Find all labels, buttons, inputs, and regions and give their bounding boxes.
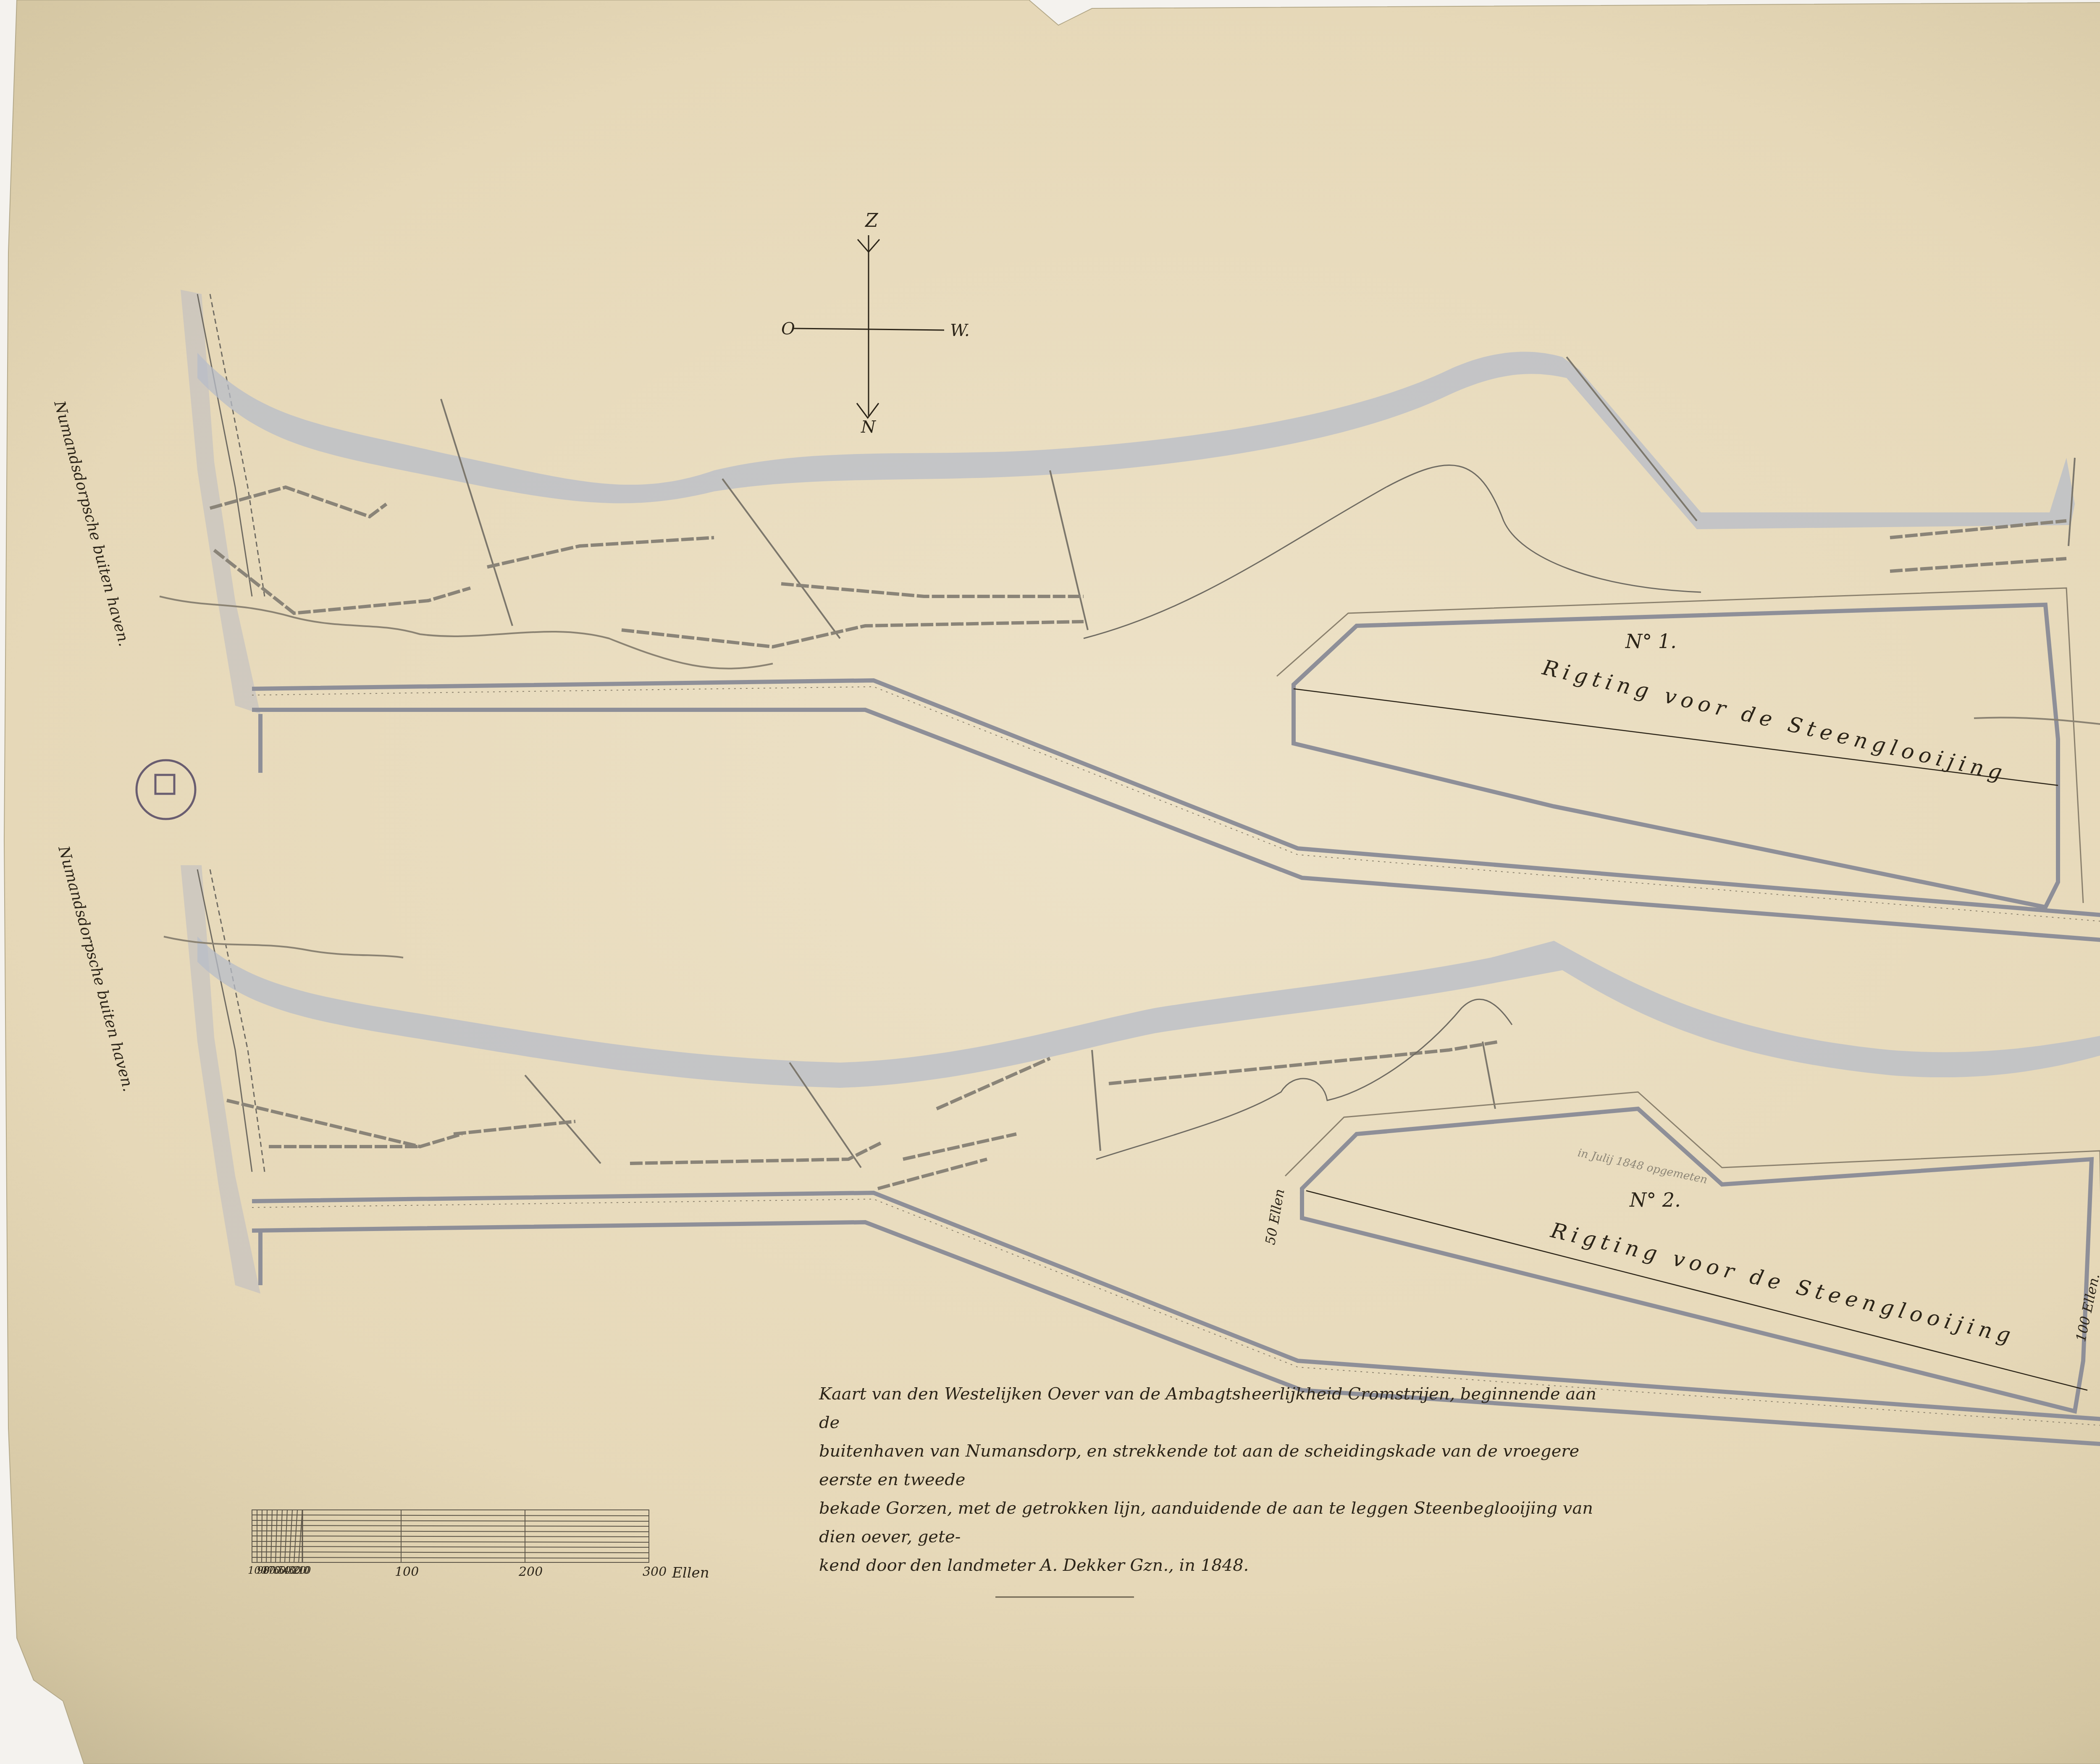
upper-plot-label: N° 1. [1625,630,1677,653]
map-title: Kaart van den Westelijken Oever van de A… [819,1380,1617,1599]
title-line: kend door den landmeter A. Dekker Gzn., … [819,1551,1617,1580]
svg-text:N: N [861,417,877,437]
title-underline [995,1596,1134,1599]
title-line: bekade Gorzen, met de getrokken lijn, aa… [819,1494,1617,1551]
map-sheet: Z O W. N [0,0,2100,1764]
title-line: Kaart van den Westelijken Oever van de A… [819,1380,1617,1437]
svg-text:O: O [781,319,795,339]
svg-text:W.: W. [950,321,970,340]
lower-plot-label: N° 2. [1630,1189,1681,1211]
title-line: buitenhaven van Numansdorp, en strekkend… [819,1437,1617,1494]
scale-bar-labels: 100 90 80 70 60 50 40 30 20 10 0 100 200… [248,1564,710,1590]
compass-south-label: Z [864,210,879,231]
